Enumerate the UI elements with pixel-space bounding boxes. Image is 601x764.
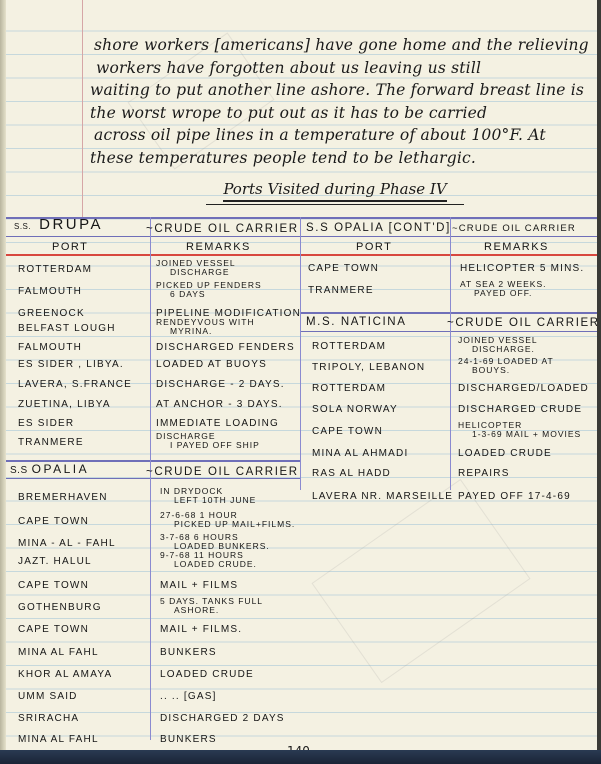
column-header-remarks: REMARKS [186, 242, 251, 252]
remarks-cell: LOADED CRUDE. [174, 560, 257, 569]
remarks-cell: DISCHARGE [170, 268, 230, 277]
port-cell: ROTTERDAM [18, 265, 92, 275]
column-header-port: PORT [52, 242, 88, 252]
port-cell: JAZT. HALUL [18, 557, 92, 567]
ship-header-opalia: S.SOPALIA [10, 464, 89, 476]
table-rule [300, 331, 597, 332]
ship-type: ~CRUDE OIL CARRIER [146, 223, 299, 235]
ship-header-opalia-contd: S.S OPALIA [CONT'D] [306, 222, 451, 234]
logbook-page: shore workers [americans] have gone home… [0, 0, 597, 750]
port-cell: CAPE TOWN [308, 264, 379, 274]
port-cell: MINA AL FAHL [18, 735, 99, 745]
remarks-cell: 6 DAYS [170, 290, 206, 299]
remarks-cell: AT ANCHOR - 3 DAYS. [156, 400, 283, 410]
remarks-cell: DISCHARGED 2 DAYS [160, 714, 285, 724]
port-cell: BREMERHAVEN [18, 493, 108, 503]
port-cell: ZUETINA, LIBYA [18, 400, 111, 410]
port-cell: RAS AL HADD [312, 469, 391, 479]
ship-prefix: S.S. [14, 222, 31, 231]
remarks-cell: DISCHARGED FENDERS [156, 343, 295, 353]
remarks-cell: BUNKERS [160, 648, 217, 658]
port-cell: TRANMERE [308, 286, 374, 296]
port-cell: LAVERA, S.FRANCE [18, 380, 132, 390]
remarks-cell: ASHORE. [174, 606, 219, 615]
ship-name: NATICINA [341, 316, 407, 328]
remarks-cell: MYRINA. [170, 327, 212, 336]
table-rule [300, 312, 597, 314]
remarks-cell: PAYED OFF. [474, 289, 532, 298]
remarks-cell: PAYED OFF 17-4-69 [458, 492, 571, 502]
narrative-line: shore workers [americans] have gone home… [90, 34, 595, 57]
remarks-cell: IMMEDIATE LOADING [156, 419, 279, 429]
remarks-cell: .. .. [GAS] [160, 692, 217, 702]
remarks-cell: MAIL + FILMS. [160, 625, 242, 635]
remarks-cell: HELICOPTER 5 MINS. [460, 264, 584, 274]
remarks-cell: REPAIRS [458, 469, 510, 479]
remarks-cell: I PAYED OFF SHIP [170, 441, 260, 450]
port-cell: MINA - AL - FAHL [18, 539, 116, 549]
port-cell: GOTHENBURG [18, 603, 102, 613]
column-divider [150, 217, 151, 740]
ship-type: ~CRUDE OIL CARRIER [447, 317, 597, 329]
port-cell: CAPE TOWN [312, 427, 383, 437]
port-cell: GREENOCK [18, 309, 85, 319]
column-divider [450, 217, 451, 490]
column-header-remarks: REMARKS [484, 242, 549, 252]
port-cell: ES SIDER [18, 419, 74, 429]
remarks-cell: DISCHARGE. [472, 345, 535, 354]
header-red-rule [6, 254, 597, 256]
remarks-cell: BUNKERS [160, 735, 217, 745]
port-cell: CAPE TOWN [18, 581, 89, 591]
port-cell: BELFAST LOUGH [18, 324, 116, 334]
table-rule [6, 236, 597, 237]
remarks-cell: LOADED CRUDE [458, 449, 552, 459]
ship-prefix: M.S. [306, 316, 336, 328]
ship-prefix: S.S [10, 465, 28, 476]
ship-header-naticina: M.S. NATICINA [306, 316, 406, 328]
port-cell: LAVERA NR. MARSEILLE [312, 492, 453, 502]
remarks-cell: LOADED AT BUOYS [156, 360, 267, 370]
table-rule [6, 478, 300, 479]
ship-type: ~CRUDE OIL CARRIER [146, 466, 299, 478]
column-divider [300, 217, 301, 490]
port-cell: CAPE TOWN [18, 625, 89, 635]
remarks-cell: DISCHARGE - 2 DAYS. [156, 380, 285, 390]
port-cell: MINA AL AHMADI [312, 449, 408, 459]
remarks-cell: LEFT 10TH JUNE [174, 496, 256, 505]
margin-line [82, 0, 83, 220]
remarks-cell: PICKED UP MAIL+FILMS. [174, 520, 295, 529]
port-cell: TRANMERE [18, 438, 84, 448]
port-cell: FALMOUTH [18, 343, 82, 353]
remarks-cell: LOADED CRUDE [160, 670, 254, 680]
remarks-cell: DISCHARGED CRUDE [458, 405, 582, 415]
ship-prefix: S.S [306, 222, 329, 234]
remarks-cell: MAIL + FILMS [160, 581, 238, 591]
section-heading: Ports Visited during Phase IV [200, 180, 470, 198]
port-cell: ROTTERDAM [312, 384, 386, 394]
port-cell: MINA AL FAHL [18, 648, 99, 658]
remarks-cell: BOUYS. [472, 366, 510, 375]
port-cell: ROTTERDAM [312, 342, 386, 352]
section-heading-text: Ports Visited during Phase IV [223, 180, 446, 202]
narrative-line: workers have forgotten about us leaving … [90, 57, 595, 80]
port-cell: KHOR AL AMAYA [18, 670, 112, 680]
faint-bleedthrough [311, 479, 530, 683]
page-binding [0, 0, 6, 750]
ship-header-drupa: S.S.DRUPA [14, 220, 103, 232]
narrative-line: across oil pipe lines in a temperature o… [90, 124, 595, 147]
port-cell: SRIRACHA [18, 714, 79, 724]
remarks-cell: DISCHARGED/LOADED [458, 384, 589, 394]
port-cell: CAPE TOWN [18, 517, 89, 527]
port-cell: UMM SAID [18, 692, 78, 702]
ship-name: DRUPA [39, 216, 103, 233]
narrative-line: waiting to put another line ashore. The … [90, 79, 595, 102]
ship-type: ~CRUDE OIL CARRIER [452, 224, 576, 234]
page-edge [597, 0, 601, 764]
port-cell: ES SIDER , LIBYA. [18, 360, 124, 370]
scan-background [0, 750, 601, 764]
narrative-line: the worst wrope to put out as it has to … [90, 102, 595, 125]
ship-name: OPALIA [CONT'D] [334, 222, 451, 234]
narrative-text: shore workers [americans] have gone home… [90, 34, 595, 170]
port-cell: TRIPOLY, LEBANON [312, 363, 425, 373]
port-cell: SOLA NORWAY [312, 405, 398, 415]
narrative-line: these temperatures people tend to be let… [90, 147, 595, 170]
ship-name: OPALIA [32, 462, 89, 476]
column-header-port: PORT [356, 242, 392, 252]
remarks-cell: 1-3-69 MAIL + MOVIES [472, 430, 581, 439]
port-cell: FALMOUTH [18, 287, 82, 297]
